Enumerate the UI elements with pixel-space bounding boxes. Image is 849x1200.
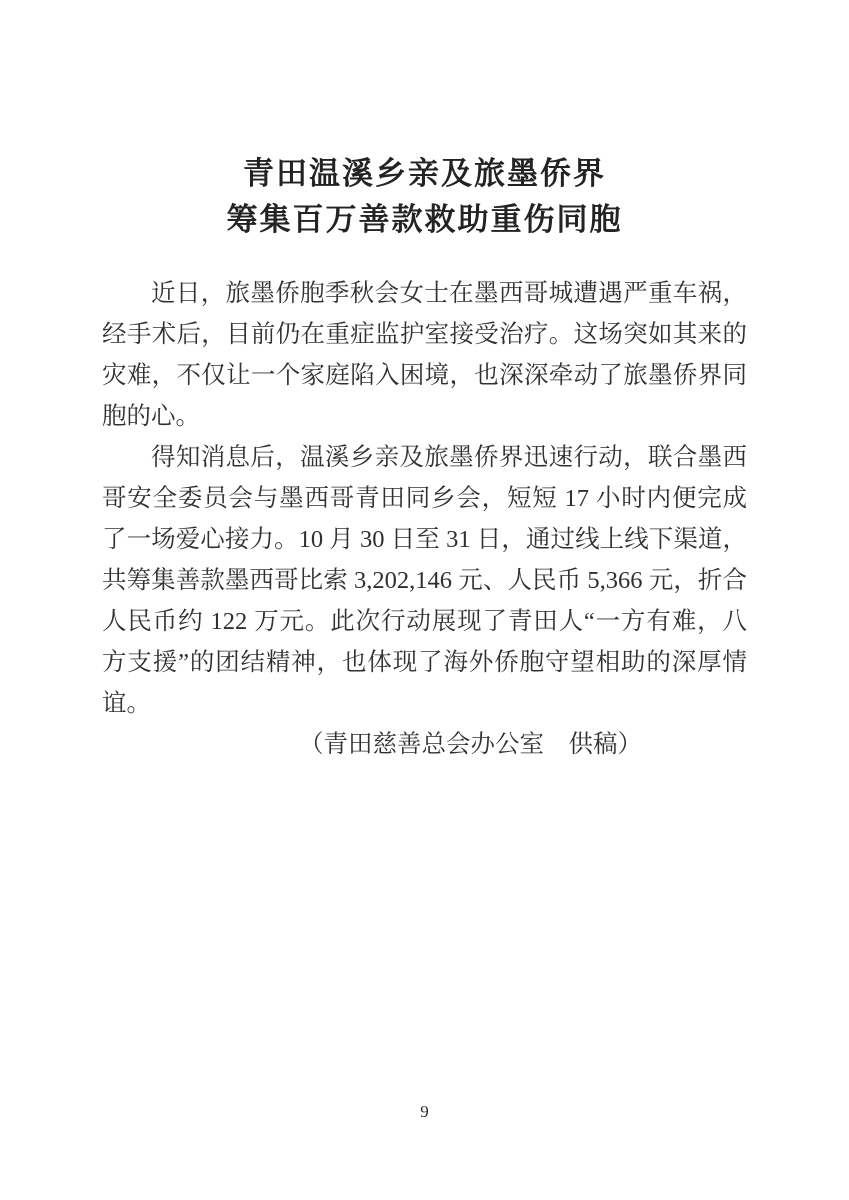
document-page: 青田温溪乡亲及旅墨侨界 筹集百万善款救助重伤同胞 近日，旅墨侨胞季秋会女士在墨西…	[0, 0, 849, 1200]
page-number: 9	[0, 1102, 849, 1122]
article-title-line-1: 青田温溪乡亲及旅墨侨界	[0, 151, 849, 197]
article-title: 青田温溪乡亲及旅墨侨界 筹集百万善款救助重伤同胞	[0, 21, 849, 243]
article-paragraph-1: 近日，旅墨侨胞季秋会女士在墨西哥城遭遇严重车祸，经手术后，目前仍在重症监护室接受…	[102, 273, 747, 437]
article-byline: （青田慈善总会办公室 供稿）	[102, 724, 747, 765]
article-body: 近日，旅墨侨胞季秋会女士在墨西哥城遭遇严重车祸，经手术后，目前仍在重症监护室接受…	[102, 273, 747, 724]
article-title-line-2: 筹集百万善款救助重伤同胞	[0, 197, 849, 243]
article-paragraph-2: 得知消息后，温溪乡亲及旅墨侨界迅速行动，联合墨西哥安全委员会与墨西哥青田同乡会，…	[102, 437, 747, 724]
